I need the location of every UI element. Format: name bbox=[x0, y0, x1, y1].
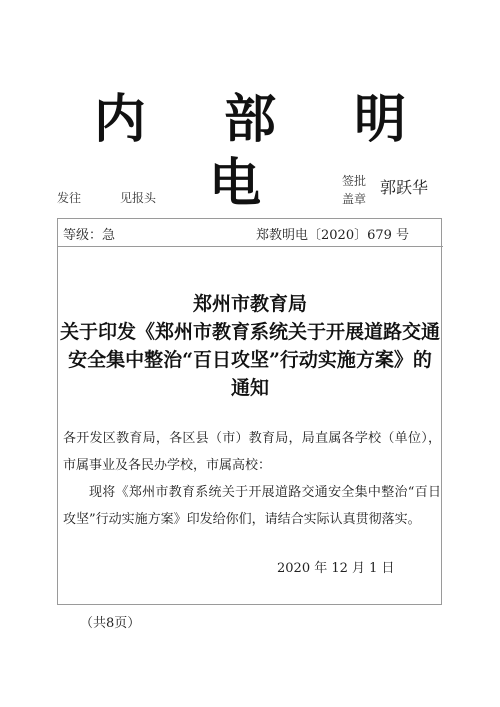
notice-title-line-3: 安全集中整治“百日攻坚”行动实施方案》的 bbox=[57, 346, 443, 374]
document-number: 郑教明电〔2020〕679 号 bbox=[256, 224, 409, 243]
notice-title-line-1: 郑州市教育局 bbox=[57, 290, 443, 318]
notice-body: 各开发区教育局，各区县（市）教育局，局直属各学校（单位），市属事业及各民办学校，… bbox=[63, 425, 441, 533]
notice-title-line-4: 通知 bbox=[57, 374, 443, 402]
recipients-paragraph: 各开发区教育局，各区县（市）教育局，局直属各学校（单位），市属事业及各民办学校，… bbox=[63, 425, 441, 479]
sign-seal-label: 签批 盖章 bbox=[342, 172, 372, 208]
send-to-value: 见报头 bbox=[120, 189, 156, 206]
sign-label: 签批 bbox=[342, 172, 372, 190]
content-paragraph: 现将《郑州市教育系统关于开展道路交通安全集中整治“百日攻坚”行动实施方案》印发给… bbox=[63, 479, 441, 533]
page-count: （共8页） bbox=[80, 612, 140, 631]
notice-title: 郑州市教育局 关于印发《郑州市教育系统关于开展道路交通 安全集中整治“百日攻坚”… bbox=[57, 290, 443, 402]
issue-date: 2020 年 12 月 1 日 bbox=[277, 557, 395, 576]
notice-title-line-2: 关于印发《郑州市教育系统关于开展道路交通 bbox=[57, 318, 443, 346]
frame-divider bbox=[57, 246, 443, 247]
signer-name: 郭跃华 bbox=[380, 175, 428, 198]
document-frame bbox=[57, 218, 442, 605]
urgency-level: 等级：急 bbox=[63, 224, 115, 243]
seal-label: 盖章 bbox=[342, 190, 372, 208]
send-to-label: 发往 bbox=[57, 189, 81, 206]
